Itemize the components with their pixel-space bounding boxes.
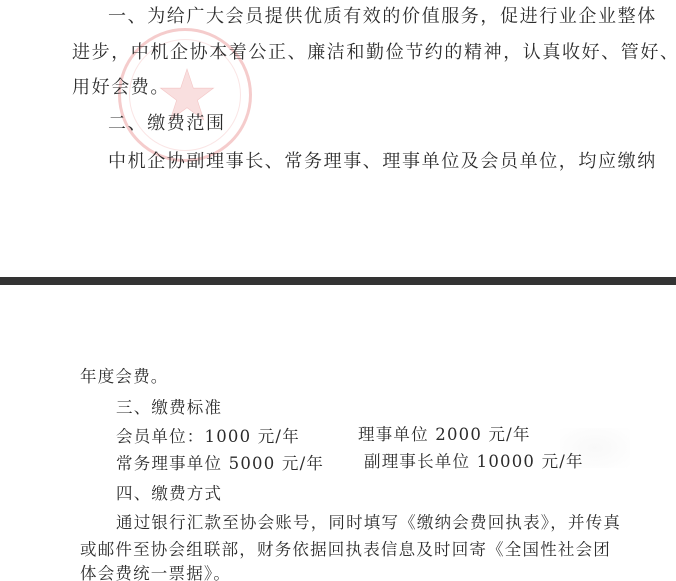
paragraph-1-line-1: 一、为给广大会员提供优质有效的价值服务，促进行业企业整体: [108, 6, 657, 28]
paragraph-1-line-2: 进步，中机企协本着公正、廉洁和勤俭节约的精神，认真收好、管好、: [72, 42, 676, 64]
fee-executive-director-unit: 常务理事单位 5000 元/年: [116, 453, 324, 475]
document-page-bottom: 年度会费。 三、缴费标准 会员单位：1000 元/年 理事单位 2000 元/年…: [0, 285, 676, 581]
document-page-top: 一、为给广大会员提供优质有效的价值服务，促进行业企业整体 进步，中机企协本着公正…: [0, 0, 676, 277]
paragraph-1-line-3: 用好会费。: [72, 77, 170, 99]
section-3-heading: 三、缴费标准: [116, 397, 222, 419]
fee-member-unit: 会员单位：1000 元/年: [116, 426, 300, 448]
payment-method-line-2: 或邮件至协会组联部，财务依据回执表信息及时回寄《全国性社会团: [80, 539, 611, 561]
section-4-heading: 四、缴费方式: [116, 483, 222, 505]
paragraph-2-line-1: 中机企协副理事长、常务理事、理事单位及会员单位，均应缴纳: [108, 151, 657, 173]
payment-method-line-1: 通过银行汇款至协会账号，同时填写《缴纳会费回执表》，并传真: [116, 512, 621, 534]
payment-method-line-3: 体会费统一票据》。: [80, 563, 231, 581]
fee-vice-chairman-unit: 副理事长单位 10000 元/年: [364, 451, 584, 473]
page-divider: [0, 277, 676, 285]
fee-director-unit: 理事单位 2000 元/年: [358, 424, 531, 446]
paragraph-2-continuation: 年度会费。: [80, 366, 169, 388]
section-2-heading: 二、缴费范围: [108, 113, 226, 135]
